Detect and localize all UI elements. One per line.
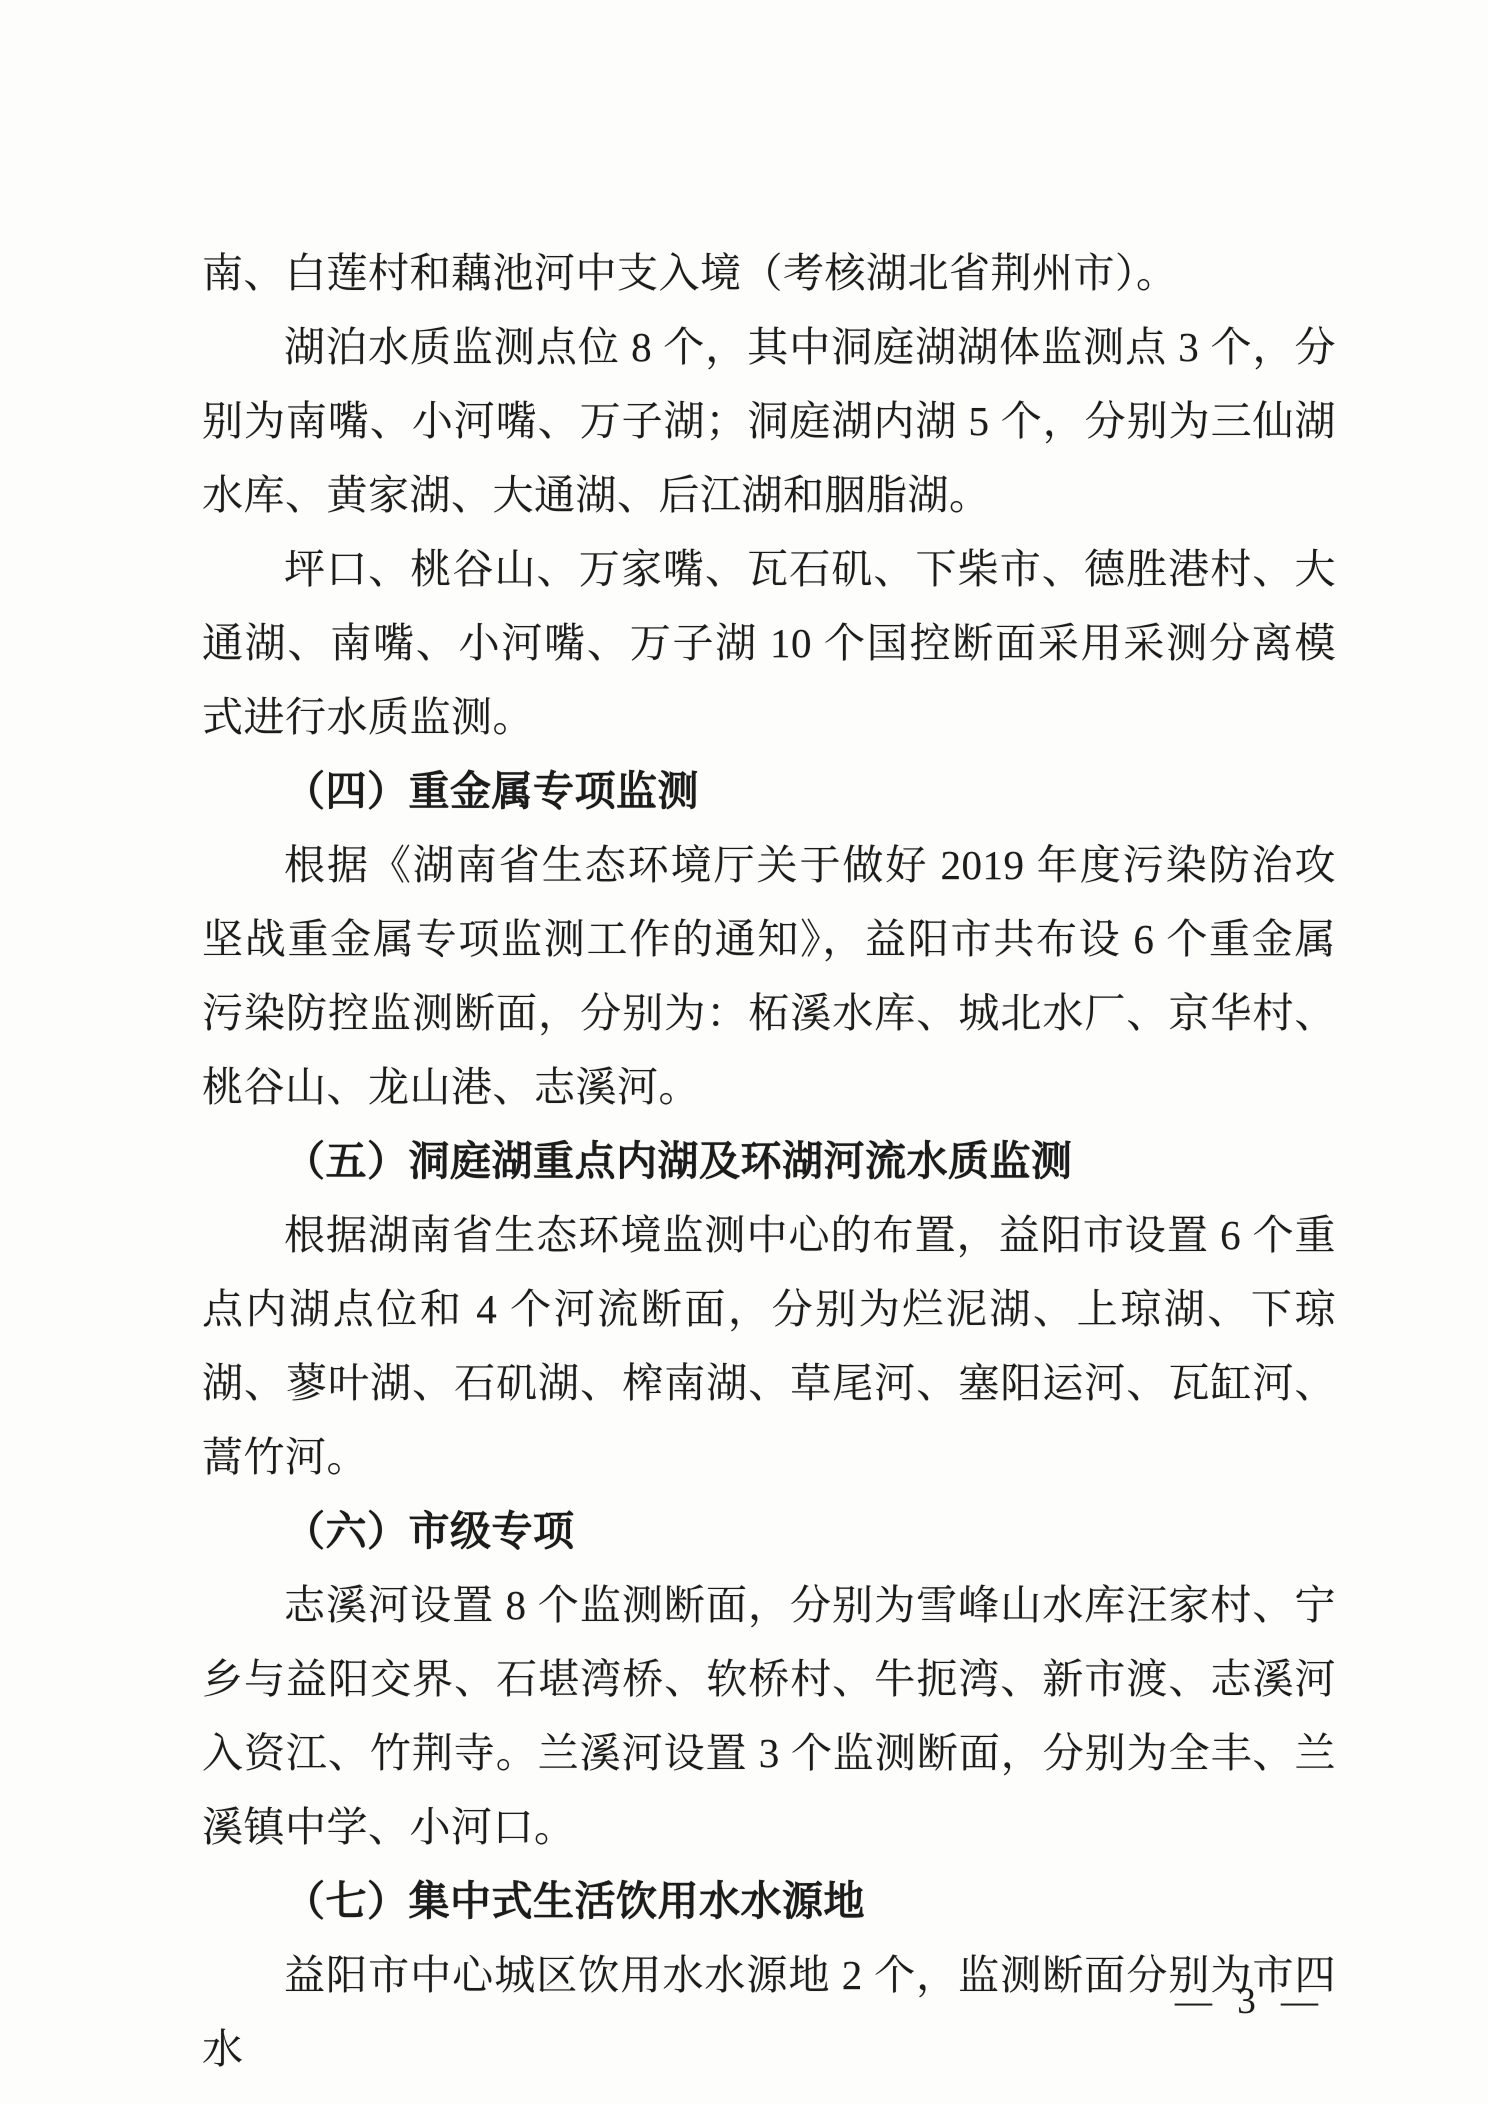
section-heading-7: （七）集中式生活饮用水水源地 bbox=[202, 1864, 1336, 1938]
paragraph: 根据《湖南省生态环境厅关于做好 2019 年度污染防治攻坚战重金属专项监测工作的… bbox=[202, 828, 1336, 1124]
page-number: — 3 — bbox=[1175, 1982, 1320, 2022]
document-page: 南、白莲村和藕池河中支入境（考核湖北省荆州市）。 湖泊水质监测点位 8 个，其中… bbox=[0, 0, 1488, 2104]
paragraph: 益阳市中心城区饮用水水源地 2 个，监测断面分别为市四水 bbox=[202, 1938, 1336, 2086]
paragraph: 志溪河设置 8 个监测断面，分别为雪峰山水库汪家村、宁乡与益阳交界、石堪湾桥、软… bbox=[202, 1568, 1336, 1864]
paragraph-continuation: 南、白莲村和藕池河中支入境（考核湖北省荆州市）。 bbox=[202, 236, 1336, 310]
section-heading-4: （四）重金属专项监测 bbox=[202, 754, 1336, 828]
paragraph: 根据湖南省生态环境监测中心的布置，益阳市设置 6 个重点内湖点位和 4 个河流断… bbox=[202, 1198, 1336, 1494]
paragraph: 湖泊水质监测点位 8 个，其中洞庭湖湖体监测点 3 个，分别为南嘴、小河嘴、万子… bbox=[202, 310, 1336, 532]
section-heading-6: （六）市级专项 bbox=[202, 1494, 1336, 1568]
document-text-column: 南、白莲村和藕池河中支入境（考核湖北省荆州市）。 湖泊水质监测点位 8 个，其中… bbox=[202, 236, 1336, 2086]
paragraph: 坪口、桃谷山、万家嘴、瓦石矶、下柴市、德胜港村、大通湖、南嘴、小河嘴、万子湖 1… bbox=[202, 532, 1336, 754]
section-heading-5: （五）洞庭湖重点内湖及环湖河流水质监测 bbox=[202, 1124, 1336, 1198]
